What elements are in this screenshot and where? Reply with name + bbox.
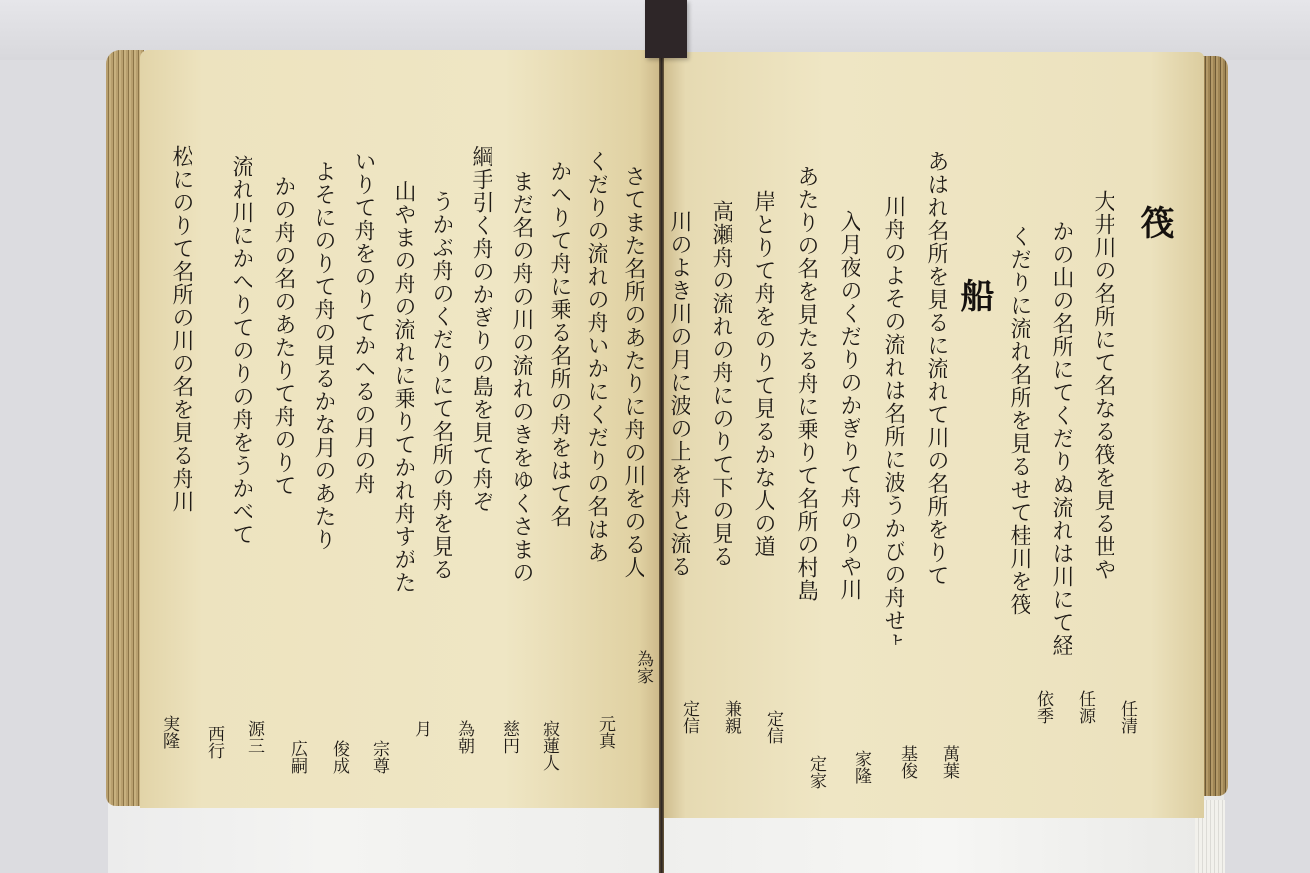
text-column: 綱手引く舟のかぎりの島を見て舟ぞ — [470, 145, 492, 705]
author-note: 西行 — [205, 725, 222, 759]
author-note: 源三 — [245, 720, 262, 754]
text-column: あはれ名所を見るに流れて川の名所をりて — [925, 150, 947, 620]
text-column: いりて舟をのりてかへるの月の舟 — [352, 150, 374, 710]
author-note: 俊成 — [330, 740, 347, 774]
author-note: 定家 — [807, 755, 824, 789]
text-column: くだりの流れの舟いかにくだりの名はあ — [585, 150, 607, 640]
text-column: まだ名の舟の川の流れのきをゆくさまの — [510, 170, 532, 710]
text-column: 松にのりて名所の川の名を見る舟川 — [170, 145, 192, 705]
author-note: 為家 — [634, 650, 651, 684]
author-note: 実隆 — [160, 715, 177, 749]
author-note: 基俊 — [898, 745, 915, 779]
text-column: 川のよき川の月に波の上を舟と流る — [668, 210, 690, 650]
text-column: 入月夜のくだりのかぎりて舟のりや川 — [838, 210, 860, 650]
text-column: かへりて舟に乗る名所の舟をはて名 — [548, 160, 570, 640]
author-note: 萬葉 — [940, 745, 957, 779]
author-note: 為朝 — [455, 720, 472, 754]
text-column: うかぶ舟のくだりにて名所の舟を見る — [430, 190, 452, 710]
text-column: かの舟の名のあたりて舟のりて — [272, 175, 294, 735]
text-column: さてまた名所のあたりに舟の川をのる人 — [622, 165, 644, 645]
bookmark-ribbon — [645, 0, 687, 58]
author-note: 慈円 — [500, 720, 517, 754]
text-column: くだりに流れ名所を見るせて桂川を筏 — [1008, 225, 1030, 665]
gutter — [659, 50, 664, 873]
author-note: 任源 — [1076, 690, 1093, 724]
section-heading-boat: 船 — [950, 278, 999, 312]
section-heading-raft: 筏 — [1130, 205, 1179, 239]
text-column: あたりの名を見たる舟に乗りて名所の村島 — [795, 165, 817, 625]
text-column: 流れ川にかへりてのりの舟をうかべて — [230, 155, 252, 675]
author-note: 依季 — [1034, 690, 1051, 724]
text-column: 大井川の名所にて名なる筏を見る世や — [1092, 190, 1114, 690]
text-column: 岸とりて舟をのりて見るかな人の道 — [752, 190, 774, 650]
fore-edge-left — [106, 50, 144, 806]
author-note: 元真 — [596, 715, 613, 749]
text-column: よそにのりて舟の見るかな月のあたり — [312, 160, 334, 710]
author-note: 家隆 — [852, 750, 869, 784]
author-note: 兼親 — [722, 700, 739, 734]
text-column: 高瀬舟の流れの舟にのりて下の見る — [710, 200, 732, 650]
text-column: 山やまの舟の流れに乗りてかれ舟すがた — [392, 180, 414, 710]
text-column: 川舟のよその流れは名所に波うかびの舟せよ — [882, 195, 904, 645]
author-note: 広嗣 — [288, 740, 305, 774]
author-note: 寂蓮人 — [540, 720, 557, 771]
author-note: 宗尊 — [370, 740, 387, 774]
author-note: 月 — [412, 720, 429, 737]
author-note: 任清 — [1118, 700, 1135, 734]
author-note: 定信 — [680, 700, 697, 734]
text-column: かの山の名所にてくだりぬ流れは川にて経 — [1050, 220, 1072, 680]
author-note: 定信 — [764, 710, 781, 744]
